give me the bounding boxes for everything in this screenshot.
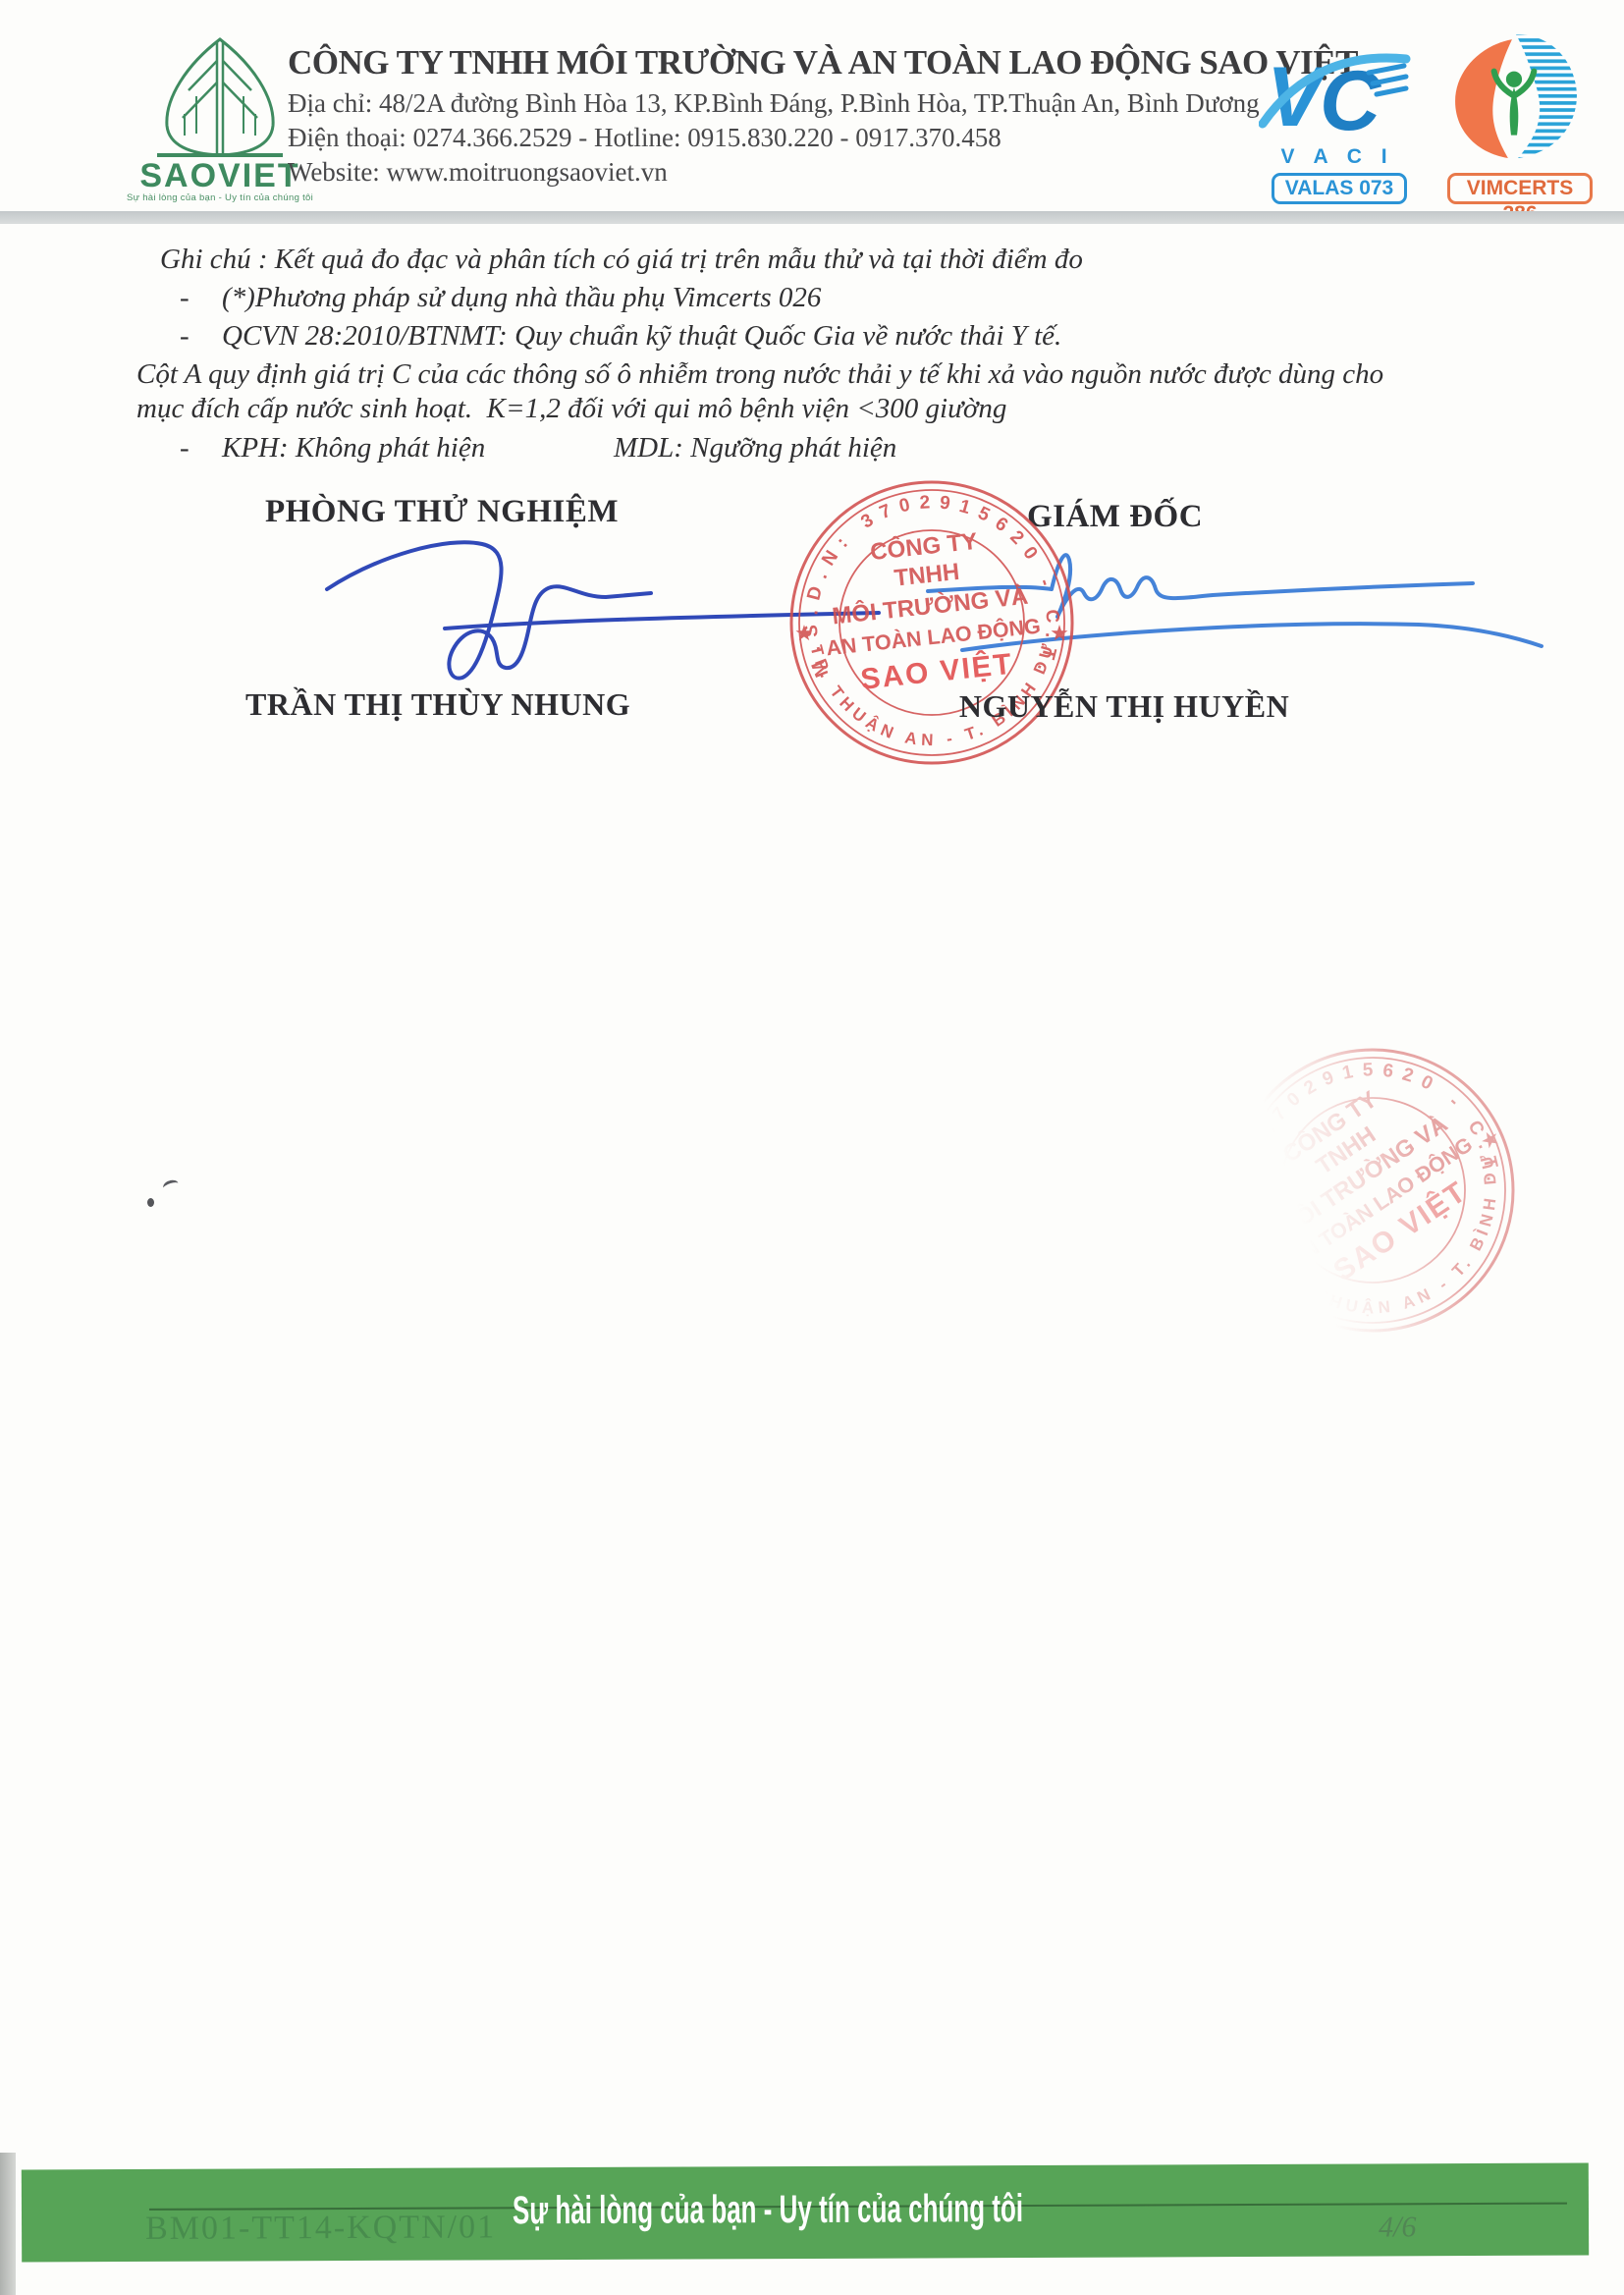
vaci-logo-icon: V C bbox=[1259, 39, 1411, 145]
note-dash-2: - bbox=[180, 320, 189, 353]
notes-paragraph-line-1: Cột A quy định giá trị C của các thông s… bbox=[136, 358, 1383, 391]
footer-form-code: BM01-TT14-KQTN/01 bbox=[145, 2209, 496, 2248]
vimcerts-badge: VIMCERTS 286 bbox=[1447, 173, 1593, 204]
vaci-letters: V A C I bbox=[1264, 145, 1411, 169]
company-stamp: M.S.D.N: 3702915620 - C.T.T.N.H.H TP. TH… bbox=[765, 456, 1099, 790]
company-phone: Điện thoại: 0274.366.2529 - Hotline: 091… bbox=[288, 123, 1001, 153]
note-item-2: QCVN 28:2010/BTNMT: Quy chuẩn kỹ thuật Q… bbox=[222, 320, 1061, 353]
saoviet-brand-tagline: Sự hài lòng của bạn - Uy tín của chúng t… bbox=[124, 192, 316, 203]
stamp-star-right: ★ bbox=[1050, 621, 1069, 645]
stamp-center-line-1: CÔNG TY bbox=[869, 527, 979, 566]
lab-title: PHÒNG THỬ NGHIỆM bbox=[260, 494, 623, 530]
saoviet-brand-text: SAOVIET bbox=[132, 157, 308, 195]
notes-intro: Ghi chú : Kết quả đo đạc và phân tích có… bbox=[160, 244, 1083, 276]
footer-bar: BM01-TT14-KQTN/01 Sự hài lòng của bạn - … bbox=[22, 2163, 1589, 2263]
footer-slogan: Sự hài lòng của bạn - Uy tín của chúng t… bbox=[513, 2187, 1023, 2233]
director-name: NGUYỄN THỊ HUYỀN bbox=[938, 688, 1311, 725]
note-item-1: (*)Phương pháp sử dụng nhà thầu phụ Vimc… bbox=[222, 282, 821, 314]
note-dash-1: - bbox=[180, 282, 189, 314]
note-kph: KPH: Không phát hiện bbox=[222, 432, 485, 464]
note-dash-3: - bbox=[180, 432, 189, 464]
stamp-star-left: ★ bbox=[794, 621, 814, 645]
vimcerts-logo-icon bbox=[1441, 31, 1589, 161]
notes-paragraph-line-2: mục đích cấp nước sinh hoạt. K=1,2 đối v… bbox=[136, 393, 1006, 425]
footer-page-number: 4/6 bbox=[1379, 2211, 1416, 2244]
stamp-center-line-2: TNHH bbox=[893, 559, 960, 592]
header-divider bbox=[0, 211, 1624, 224]
ink-speck-dot bbox=[147, 1198, 154, 1207]
partial-stamp: M.S.D.N: 3702915620 - C.T.T.N.H.H TP. TH… bbox=[1147, 964, 1598, 1416]
lab-name: TRẦN THỊ THÙY NHUNG bbox=[245, 686, 628, 723]
valas-badge: VALAS 073 bbox=[1272, 173, 1407, 204]
scanned-report-page: SAOVIET Sự hài lòng của bạn - Uy tín của… bbox=[0, 0, 1624, 2295]
saoviet-leaf-logo-icon bbox=[135, 35, 304, 159]
ink-speck-curl bbox=[162, 1178, 181, 1193]
company-address: Địa chỉ: 48/2A đường Bình Hòa 13, KP.Bìn… bbox=[288, 88, 1260, 119]
page-edge-shadow bbox=[0, 2153, 16, 2295]
company-name: CÔNG TY TNHH MÔI TRƯỜNG VÀ AN TOÀN LAO Đ… bbox=[288, 43, 1358, 82]
company-website: Website: www.moitruongsaoviet.vn bbox=[288, 157, 668, 188]
